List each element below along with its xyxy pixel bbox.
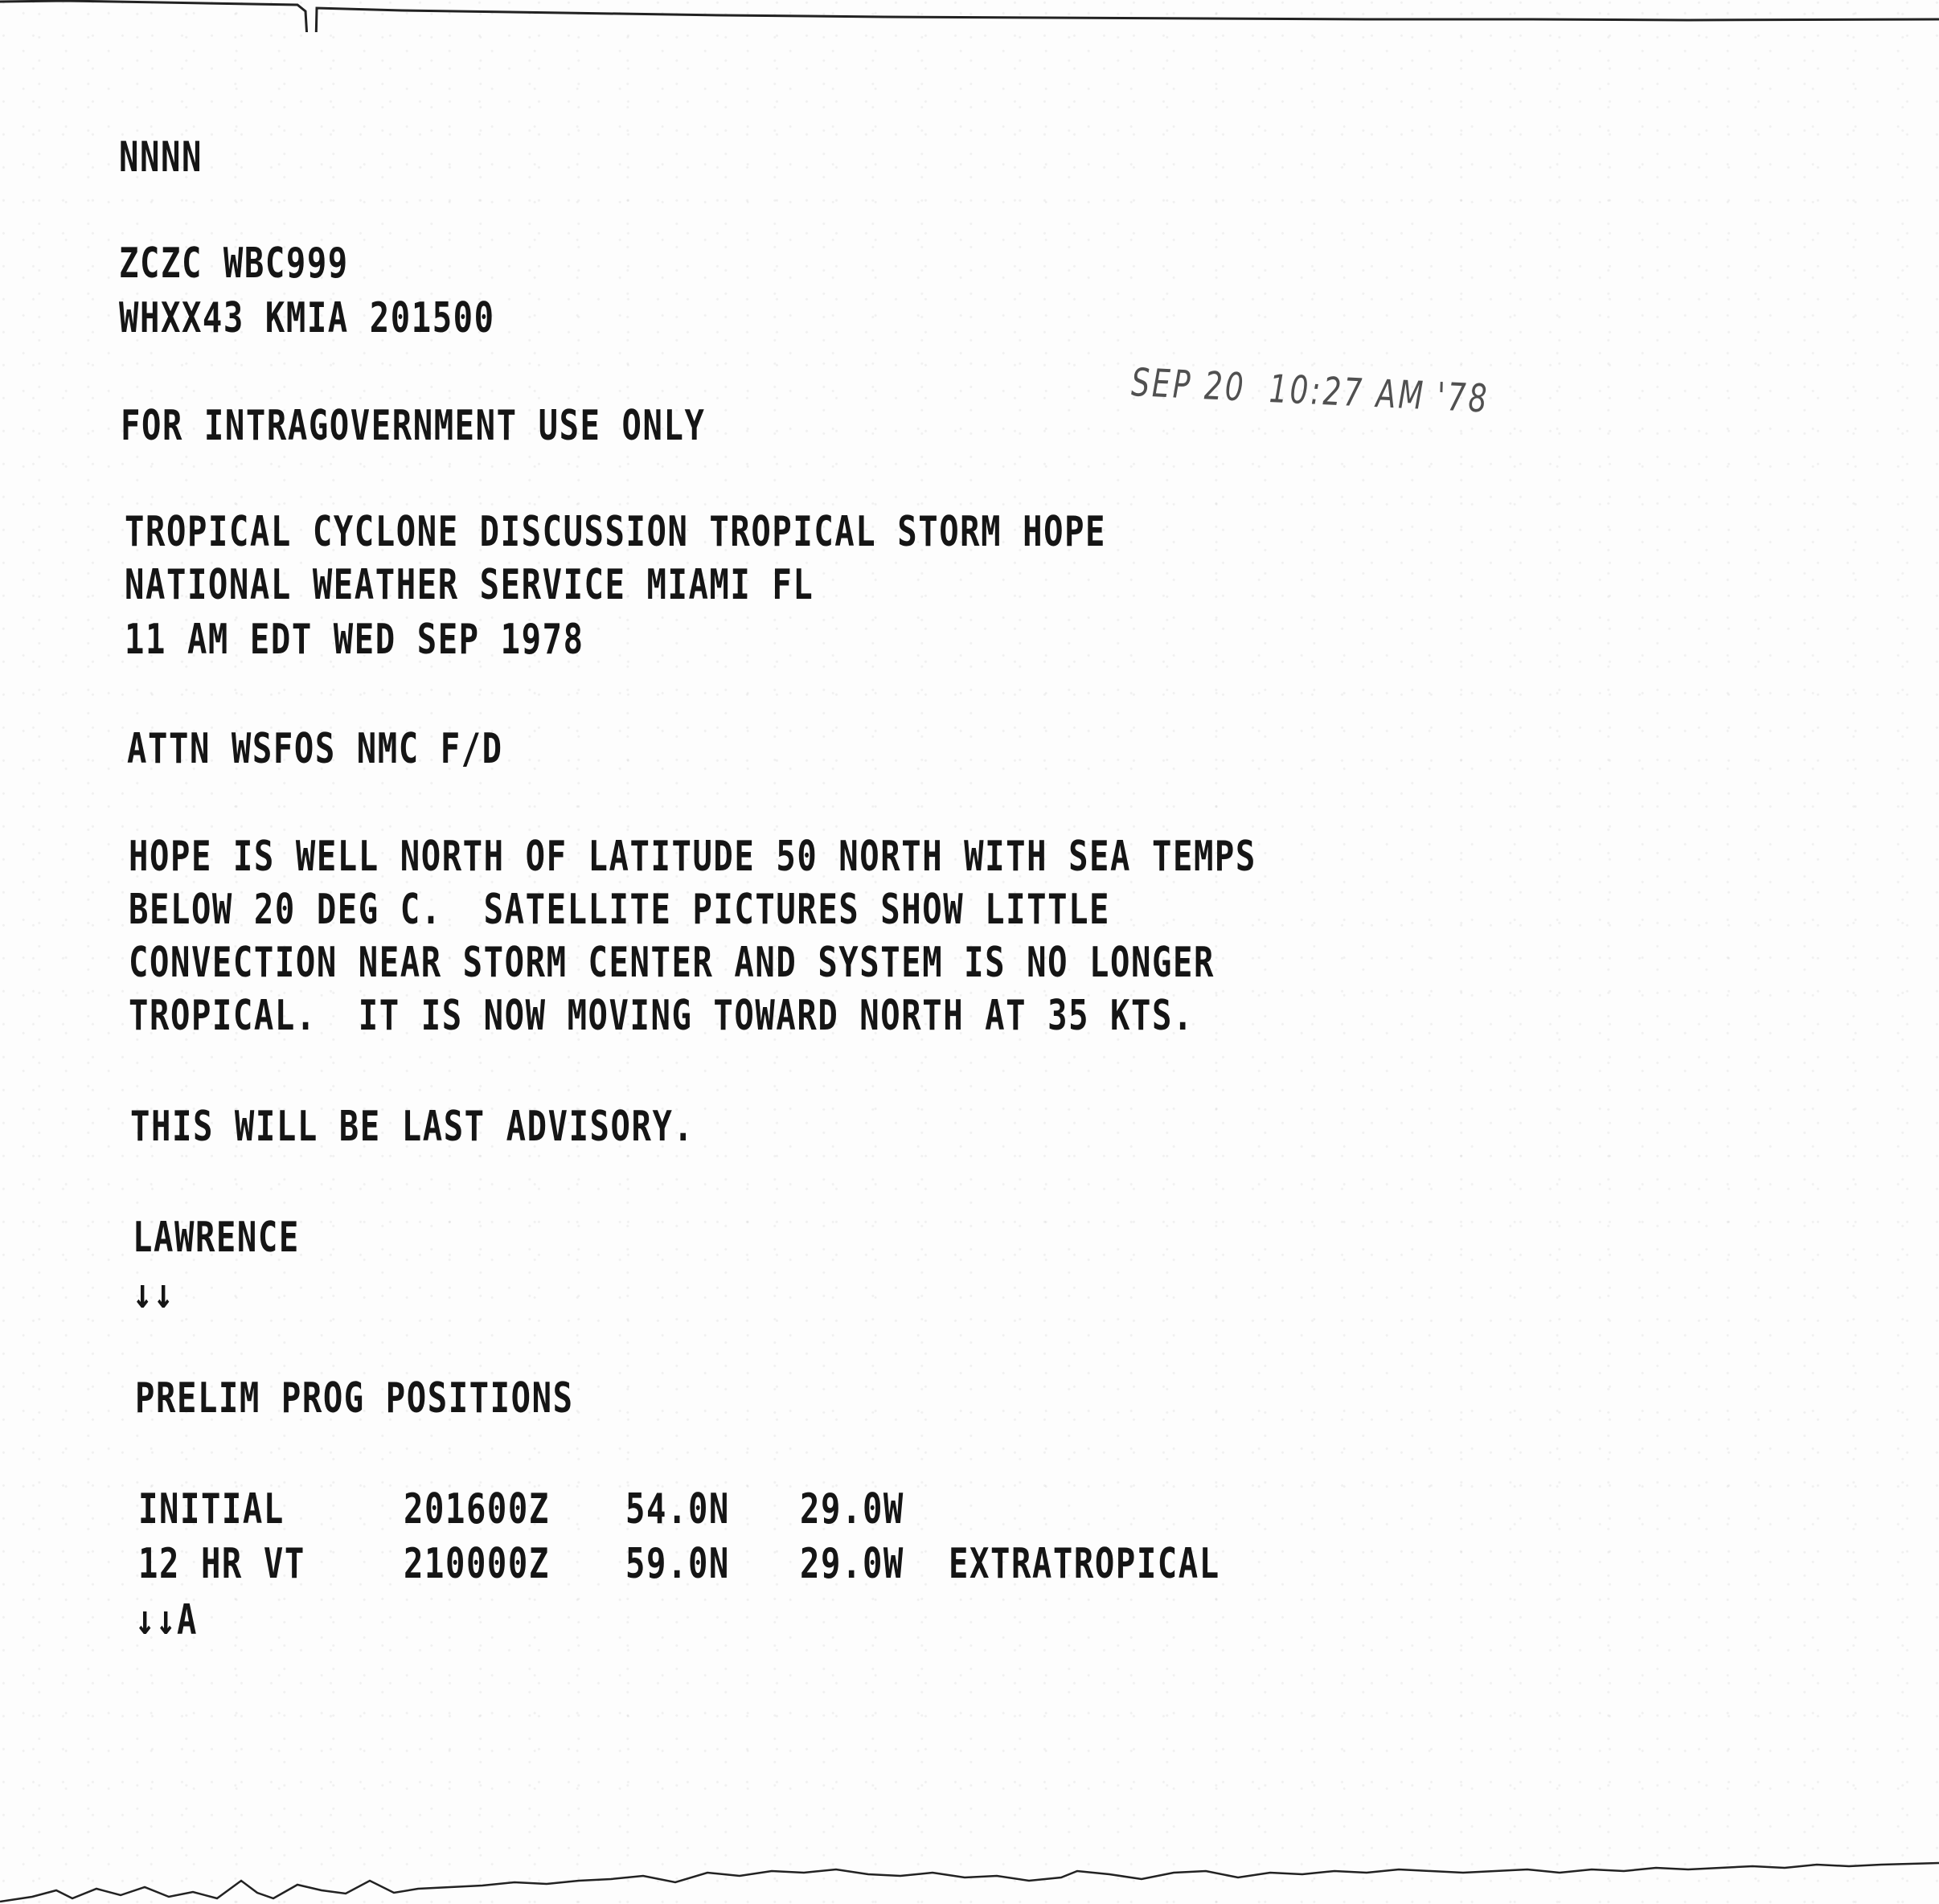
forecaster-signature: LAWRENCE	[133, 1217, 300, 1259]
end-marker: NNNN	[119, 137, 203, 178]
position-latitude: 59.0N	[625, 1543, 730, 1585]
torn-bottom-edge	[0, 1849, 1939, 1904]
position-row: INITIAL 201600Z 54.0N 29.0W	[0, 1488, 1939, 1537]
position-row: 12 HR VT 210000Z 59.0N 29.0W EXTRATROPIC…	[0, 1543, 1939, 1591]
position-label: 12 HR VT	[138, 1543, 305, 1585]
teletype-page: NNNN ZCZC WBC999 WHXX43 KMIA 201500 FOR …	[0, 0, 1939, 1904]
discussion-line: HOPE IS WELL NORTH OF LATITUDE 50 NORTH …	[129, 836, 1256, 878]
restriction-notice: FOR INTRAGOVERNMENT USE ONLY	[121, 405, 705, 447]
torn-top-edge	[0, 0, 1939, 32]
issue-time: 11 AM EDT WED SEP 1978	[125, 619, 584, 661]
position-latitude: 54.0N	[625, 1488, 730, 1530]
position-longitude: 29.0W	[800, 1543, 904, 1585]
issuing-office: NATIONAL WEATHER SERVICE MIAMI FL	[125, 564, 814, 606]
end-of-message-marker: ↓↓A	[135, 1599, 198, 1641]
header-line-2: WHXX43 KMIA 201500	[119, 297, 495, 339]
positions-heading: PRELIM PROG POSITIONS	[135, 1378, 574, 1419]
discussion-line: CONVECTION NEAR STORM CENTER AND SYSTEM …	[129, 942, 1215, 984]
discussion-title: TROPICAL CYCLONE DISCUSSION TROPICAL STO…	[125, 511, 1106, 553]
received-date-stamp: SEP 20 10:27 AM '78	[1131, 360, 1490, 422]
signature-marker: ↓↓	[133, 1273, 174, 1315]
position-label: INITIAL	[138, 1488, 285, 1530]
final-advisory-note: THIS WILL BE LAST ADVISORY.	[130, 1106, 694, 1148]
position-note: EXTRATROPICAL	[949, 1543, 1220, 1585]
position-longitude: 29.0W	[800, 1488, 904, 1530]
attention-line: ATTN WSFOS NMC F/D	[127, 728, 503, 770]
discussion-line: BELOW 20 DEG C. SATELLITE PICTURES SHOW …	[129, 889, 1110, 931]
header-line-1: ZCZC WBC999	[119, 243, 349, 285]
position-time: 210000Z	[404, 1543, 550, 1585]
position-time: 201600Z	[404, 1488, 550, 1530]
discussion-line: TROPICAL. IT IS NOW MOVING TOWARD NORTH …	[129, 995, 1194, 1037]
